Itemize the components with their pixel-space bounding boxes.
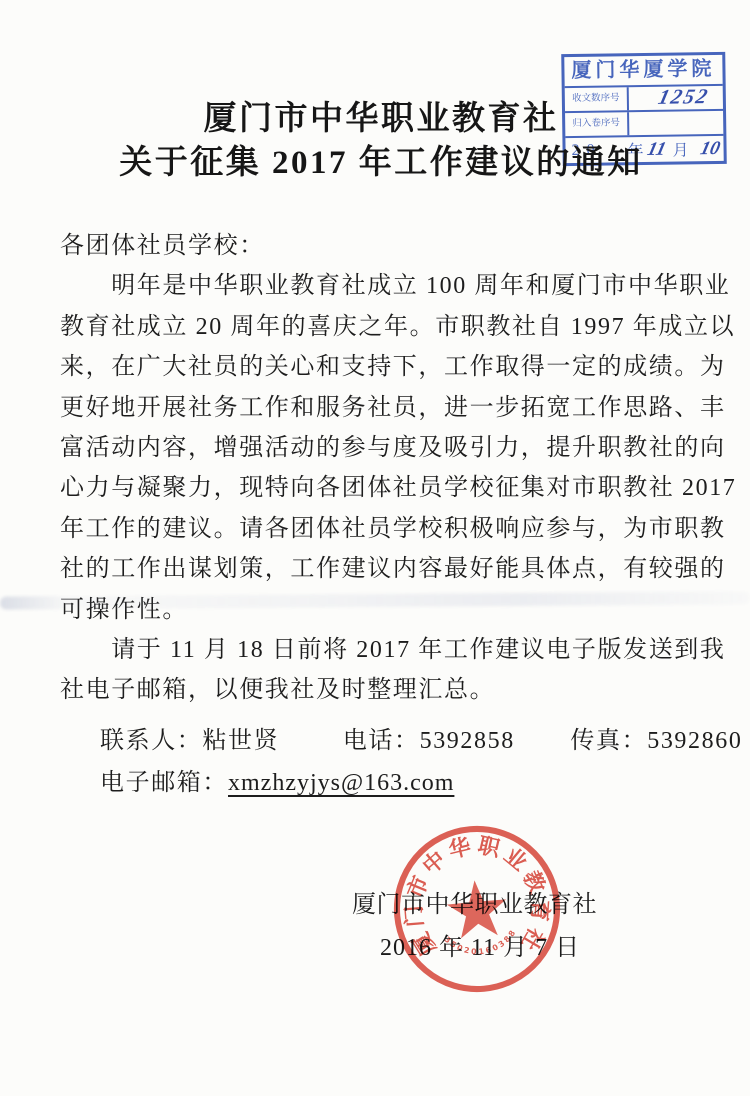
contact-line: 联系人：粘世贤 电话：5392858 传真：5392860: [60, 721, 708, 762]
body-line: 教育社成立 20 周年的喜庆之年。市职教社自 1997 年成立以: [60, 307, 708, 347]
seal-graphic: 厦门市中华职业教育社 3502016038892: [383, 815, 572, 1004]
document-title-line2: 关于征集 2017 年工作建议的通知: [12, 141, 750, 185]
email-address: xmzhzyjys@163.com: [228, 770, 454, 796]
body-line: 富活动内容，增强活动的参与度及吸引力，提升职教社的向: [60, 428, 708, 468]
body-line: 年工作的建议。请各团体社员学校积极响应参与，为市职教: [60, 509, 708, 549]
body-line: 来，在广大社员的关心和支持下，工作取得一定的成绩。为: [60, 347, 708, 387]
body-line: 各团体社员学校：: [60, 226, 708, 266]
body-line: 更好地开展社务工作和服务社员，进一步拓宽工作思路、丰: [60, 388, 708, 428]
document-title: 厦门市中华职业教育社 关于征集 2017 年工作建议的通知: [0, 97, 750, 185]
scanned-notice-document: 厦门华厦学院 收文数序号 1252 归入卷序号 20 年 11 月 10 厦门市…: [0, 0, 750, 1096]
seal-star-icon: [445, 878, 509, 940]
document-body: 各团体社员学校： 明年是中华职业教育社成立 100 周年和厦门市中华职业教育社成…: [60, 226, 708, 804]
body-line: 心力与凝聚力，现特向各团体社员学校征集对市职教社 2017: [60, 468, 708, 508]
body-line: 社的工作出谋划策，工作建议内容最好能具体点，有较强的: [60, 549, 708, 589]
stamp-org-name: 厦门华厦学院: [564, 55, 722, 88]
contact-fax: 传真：5392860: [570, 721, 742, 762]
contact-person: 联系人：粘世贤: [100, 721, 279, 762]
body-lines: 各团体社员学校： 明年是中华职业教育社成立 100 周年和厦门市中华职业教育社成…: [60, 226, 708, 711]
document-title-line1: 厦门市中华职业教育社: [12, 97, 750, 141]
body-line: 社电子邮箱，以便我社及时整理汇总。: [60, 670, 708, 710]
body-line: 明年是中华职业教育社成立 100 周年和厦门市中华职业: [60, 266, 708, 306]
email-line: 电子邮箱：xmzhzyjys@163.com: [60, 763, 708, 804]
body-line: 请于 11 月 18 日前将 2017 年工作建议电子版发送到我: [60, 630, 708, 670]
email-label: 电子邮箱：: [100, 770, 228, 796]
official-seal: 厦门市中华职业教育社 3502016038892: [383, 815, 572, 1004]
contact-phone: 电话：5392858: [343, 721, 515, 762]
